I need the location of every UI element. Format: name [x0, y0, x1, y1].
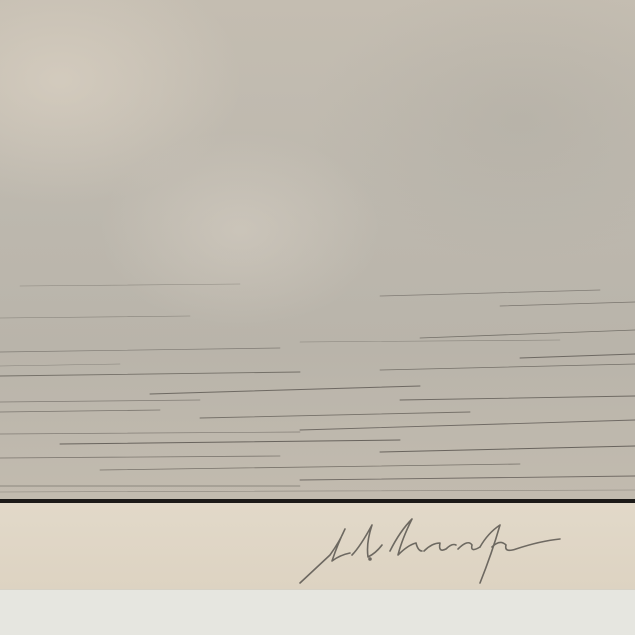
mat-background — [0, 589, 635, 635]
paper-margin: J.D. Knap — [0, 503, 635, 589]
pencil-signature — [0, 503, 635, 589]
etching-plate-area — [0, 0, 635, 499]
etched-lines — [0, 0, 635, 499]
